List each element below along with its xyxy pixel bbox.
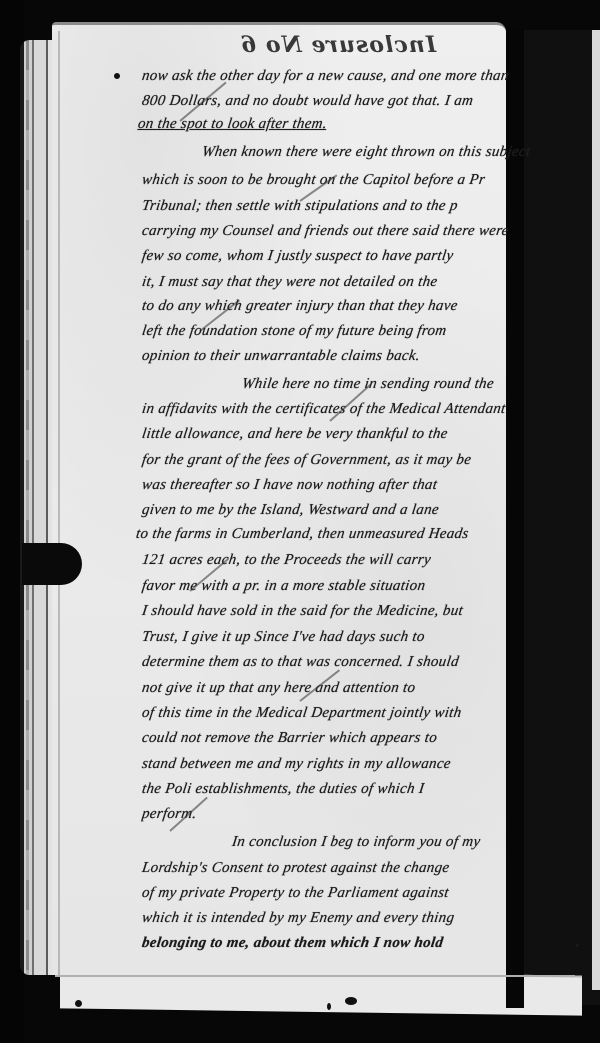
- manuscript-page: [52, 22, 506, 975]
- page-right-shadow: [506, 28, 524, 1008]
- page-fold-line: [58, 31, 60, 975]
- text-line: the Poli establishments, the duties of w…: [141, 781, 425, 798]
- text-line: 800 Dollars, and no doubt would have got…: [141, 93, 475, 110]
- text-line: few so come, whom I justly suspect to ha…: [141, 248, 455, 265]
- ink-blot: [345, 997, 357, 1005]
- bleed-through-heading: Inclosure No 6: [240, 32, 436, 58]
- ink-blot: [75, 1000, 82, 1007]
- text-line: it, I must say that they were not detail…: [141, 274, 439, 291]
- text-line: not give it up that any here and attenti…: [141, 680, 417, 697]
- adjacent-page-shadow: [524, 30, 600, 1005]
- page-bottom-crease: [55, 975, 575, 977]
- text-line: opinion to their unwarrantable claims ba…: [141, 348, 421, 365]
- text-line: left the foundation stone of my future b…: [141, 323, 448, 340]
- text-line: 121 acres each, to the Proceeds the will…: [141, 552, 432, 569]
- text-line: When known there were eight thrown on th…: [201, 144, 532, 161]
- text-line: belonging to me, about them which I now …: [141, 935, 445, 952]
- text-line: of my private Property to the Parliament…: [141, 885, 450, 902]
- text-line: In conclusion I beg to inform you of my: [231, 834, 482, 851]
- text-line: in affidavits with the certificates of t…: [141, 401, 507, 418]
- binding-clip: [22, 543, 82, 585]
- text-line: to do any which greater injury than that…: [141, 298, 459, 315]
- text-line: Trust, I give it up Since I've had days …: [141, 629, 426, 646]
- text-line: for the grant of the fees of Government,…: [141, 452, 473, 469]
- text-line: determine them as to that was concerned.…: [141, 654, 460, 671]
- adjacent-page-edge: [592, 30, 600, 990]
- text-line: which it is intended by my Enemy and eve…: [141, 910, 456, 927]
- text-line: carrying my Counsel and friends out ther…: [141, 223, 510, 240]
- text-line: given to me by the Island, Westward and …: [141, 502, 440, 519]
- text-line: could not remove the Barrier which appea…: [141, 730, 438, 747]
- text-line: of this time in the Medical Department j…: [141, 705, 463, 722]
- text-line: which is soon to be brought on the Capit…: [141, 172, 486, 189]
- ink-blot: [327, 1003, 331, 1010]
- text-line: now ask the other day for a new cause, a…: [141, 68, 510, 85]
- text-line: Lordship's Consent to protest against th…: [141, 860, 451, 877]
- text-line: was thereafter so I have now nothing aft…: [141, 477, 439, 494]
- text-line: stand between me and my rights in my all…: [141, 756, 452, 773]
- margin-ink-dot: [114, 73, 120, 79]
- text-line: on the spot to look after them.: [137, 116, 328, 133]
- page-corner-mark: ‘: [575, 942, 579, 958]
- text-line: to the farms in Cumberland, then unmeasu…: [135, 526, 470, 543]
- text-line: little allowance, and here be very thank…: [141, 426, 449, 443]
- text-line: favor me with a pr. in a more stable sit…: [141, 578, 427, 595]
- text-line: I should have sold in the said for the M…: [141, 603, 464, 620]
